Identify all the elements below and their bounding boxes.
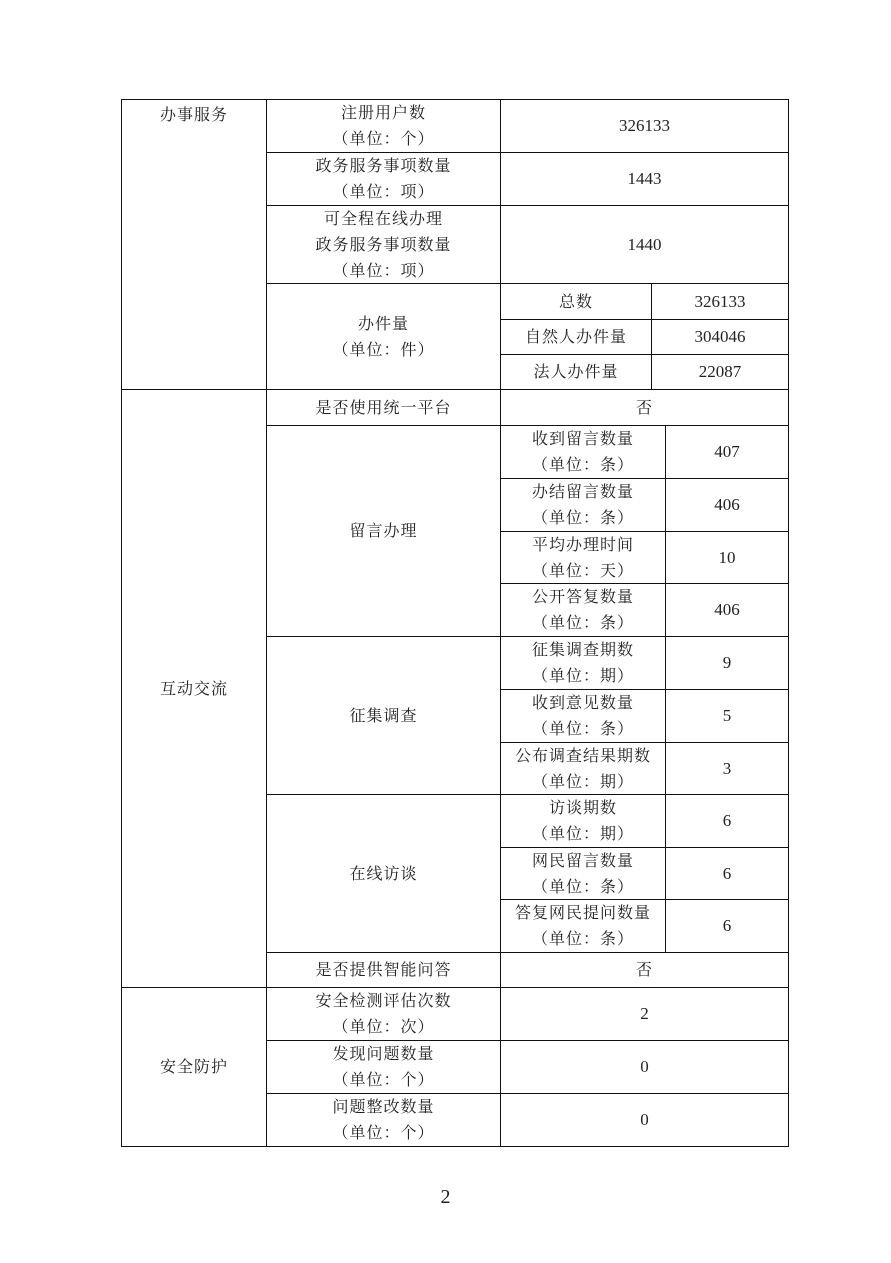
- value: 5: [723, 703, 732, 729]
- value: 406: [714, 492, 740, 518]
- label: 征集调查期数: [532, 637, 634, 663]
- value: 1440: [628, 232, 662, 258]
- value: 10: [719, 545, 736, 571]
- label: 总数: [559, 289, 593, 315]
- sub-value: 326133: [651, 283, 789, 320]
- sub-label: 自然人办件量: [500, 319, 652, 355]
- row-value: 326133: [500, 99, 789, 153]
- value: 2: [640, 1001, 649, 1027]
- unit: （单位：条）: [532, 926, 634, 952]
- row-label: 是否提供智能问答: [266, 952, 501, 988]
- value: 6: [723, 913, 732, 939]
- label: 政务服务事项数量: [315, 153, 451, 179]
- sub-value: 6: [665, 794, 789, 848]
- row-value: 1440: [500, 205, 789, 284]
- sub-label: 总数: [500, 283, 652, 320]
- sub-label: 公布调查结果期数（单位：期）: [500, 742, 666, 795]
- sub-value: 406: [665, 478, 789, 532]
- survey-label: 征集调查: [266, 636, 501, 795]
- sub-label: 法人办件量: [500, 354, 652, 390]
- row-value: 否: [500, 389, 789, 426]
- sub-value: 6: [665, 899, 789, 953]
- row-label: 安全检测评估次数（单位：次）: [266, 987, 501, 1041]
- value: 否: [636, 957, 653, 983]
- sub-value: 22087: [651, 354, 789, 390]
- value: 3: [723, 756, 732, 782]
- unit: （单位：条）: [532, 610, 634, 636]
- row-label: 是否使用统一平台: [266, 389, 501, 426]
- sub-value: 6: [665, 847, 789, 900]
- label: 公开答复数量: [532, 584, 634, 610]
- value: 407: [714, 439, 740, 465]
- sub-label: 访谈期数（单位：期）: [500, 794, 666, 848]
- value: 6: [723, 808, 732, 834]
- label: 平均办理时间: [532, 532, 634, 558]
- sub-label: 收到留言数量（单位：条）: [500, 425, 666, 479]
- value: 304046: [695, 324, 746, 350]
- sub-value: 3: [665, 742, 789, 795]
- label: 答复网民提问数量: [515, 900, 651, 926]
- label: 网民留言数量: [532, 848, 634, 874]
- unit: （单位：件）: [332, 337, 434, 363]
- sub-value: 10: [665, 531, 789, 584]
- row-label: 可全程在线办理政务服务事项数量（单位：项）: [266, 205, 501, 284]
- unit: （单位：个）: [332, 1067, 434, 1093]
- label: 公布调查结果期数: [515, 743, 651, 769]
- label: 发现问题数量: [332, 1041, 434, 1067]
- interview-label: 在线访谈: [266, 794, 501, 953]
- section-label: 安全防护: [160, 1054, 228, 1080]
- row-label: 政务服务事项数量（单位：项）: [266, 152, 501, 206]
- section-service: 办事服务: [121, 99, 267, 390]
- unit: （单位：个）: [332, 126, 434, 152]
- row-value: 1443: [500, 152, 789, 206]
- section-interaction: 互动交流: [121, 389, 267, 988]
- sub-value: 5: [665, 689, 789, 743]
- row-value: 0: [500, 1040, 789, 1094]
- label: 自然人办件量: [525, 324, 627, 350]
- statistics-table: 办事服务 注册用户数（单位：个） 326133 政务服务事项数量（单位：项） 1…: [121, 99, 789, 1147]
- value: 6: [723, 861, 732, 887]
- label: 是否使用统一平台: [315, 395, 451, 421]
- unit: （单位：条）: [532, 874, 634, 900]
- value: 0: [640, 1054, 649, 1080]
- sub-label: 网民留言数量（单位：条）: [500, 847, 666, 900]
- label: 是否提供智能问答: [315, 957, 451, 983]
- unit: （单位：天）: [532, 558, 634, 584]
- sub-label: 收到意见数量（单位：条）: [500, 689, 666, 743]
- messages-label: 留言办理: [266, 425, 501, 637]
- unit: （单位：条）: [532, 452, 634, 478]
- label: 在线访谈: [349, 861, 417, 887]
- row-value: 0: [500, 1093, 789, 1147]
- value: 否: [636, 395, 653, 421]
- label: 收到留言数量: [532, 426, 634, 452]
- unit: （单位：期）: [532, 663, 634, 689]
- label: 收到意见数量: [532, 690, 634, 716]
- sub-label: 平均办理时间（单位：天）: [500, 531, 666, 584]
- sub-label: 办结留言数量（单位：条）: [500, 478, 666, 532]
- sub-value: 407: [665, 425, 789, 479]
- unit: （单位：次）: [332, 1014, 434, 1040]
- sub-value: 406: [665, 583, 789, 637]
- label: 征集调查: [349, 703, 417, 729]
- value: 326133: [695, 289, 746, 315]
- cases-label: 办件量（单位：件）: [266, 283, 501, 390]
- unit: （单位：项）: [332, 179, 434, 205]
- sub-label: 公开答复数量（单位：条）: [500, 583, 666, 637]
- row-value: 2: [500, 987, 789, 1041]
- unit: （单位：条）: [532, 716, 634, 742]
- label: 问题整改数量: [332, 1094, 434, 1120]
- unit: （单位：条）: [532, 505, 634, 531]
- label: 办件量: [358, 311, 409, 337]
- label: 留言办理: [349, 518, 417, 544]
- section-security: 安全防护: [121, 987, 267, 1147]
- label: 安全检测评估次数: [315, 988, 451, 1014]
- value: 9: [723, 650, 732, 676]
- sub-value: 9: [665, 636, 789, 690]
- section-label: 互动交流: [160, 676, 228, 702]
- label: 政务服务事项数量: [315, 232, 451, 258]
- value: 22087: [699, 359, 742, 385]
- row-label: 发现问题数量（单位：个）: [266, 1040, 501, 1094]
- label: 办结留言数量: [532, 479, 634, 505]
- value: 1443: [628, 166, 662, 192]
- unit: （单位：项）: [332, 258, 434, 284]
- row-label: 注册用户数（单位：个）: [266, 99, 501, 153]
- label: 法人办件量: [533, 359, 618, 385]
- label: 注册用户数: [341, 100, 426, 126]
- unit: （单位：期）: [532, 769, 634, 795]
- sub-value: 304046: [651, 319, 789, 355]
- unit: （单位：个）: [332, 1120, 434, 1146]
- row-label: 问题整改数量（单位：个）: [266, 1093, 501, 1147]
- row-value: 否: [500, 952, 789, 988]
- unit: （单位：期）: [532, 821, 634, 847]
- value: 326133: [619, 113, 670, 139]
- sub-label: 答复网民提问数量（单位：条）: [500, 899, 666, 953]
- value: 406: [714, 597, 740, 623]
- sub-label: 征集调查期数（单位：期）: [500, 636, 666, 690]
- value: 0: [640, 1107, 649, 1133]
- label: 访谈期数: [549, 795, 617, 821]
- label: 可全程在线办理: [324, 206, 443, 232]
- page-number: 2: [0, 1186, 891, 1209]
- section-label: 办事服务: [160, 102, 228, 128]
